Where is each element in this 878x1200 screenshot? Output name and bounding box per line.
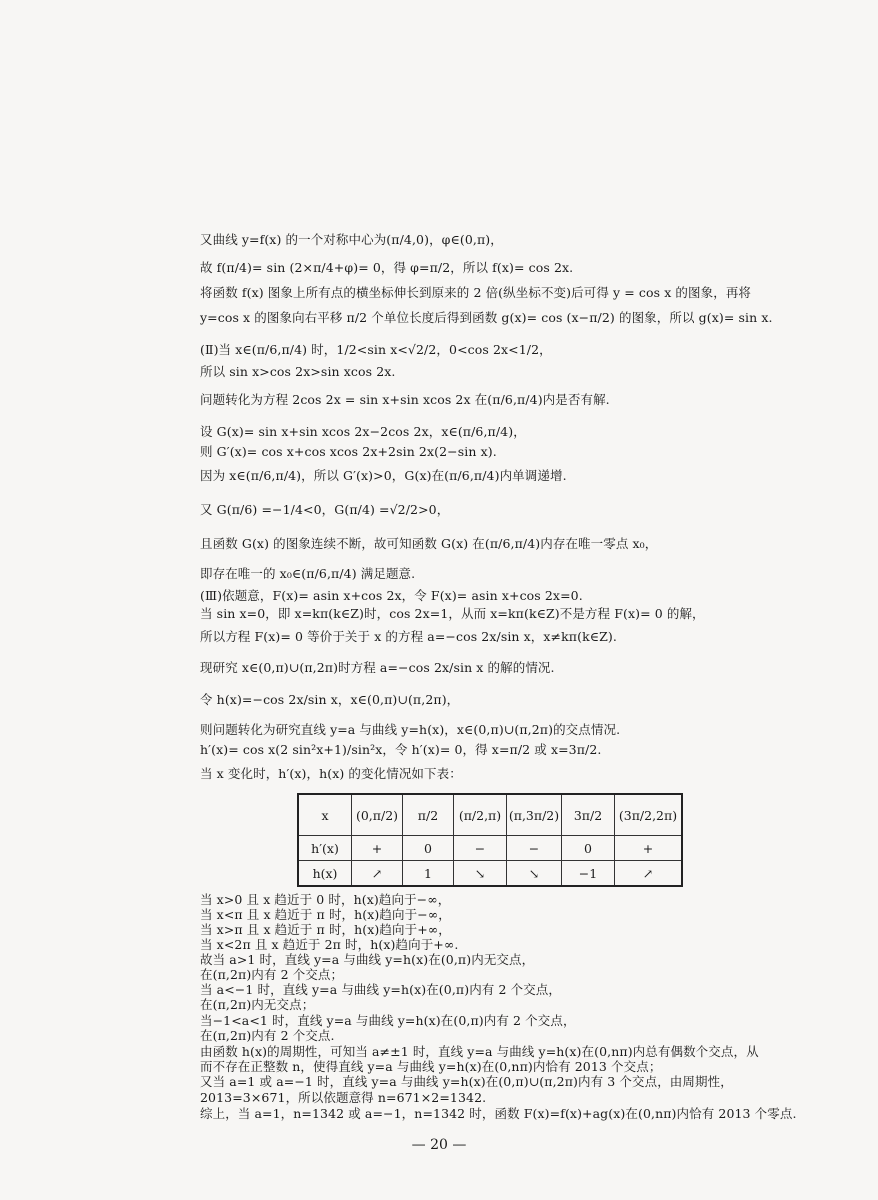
table-cell: π/2 [403, 794, 454, 836]
text-line: 故 f(π/4)= sin (2×π/4+φ)= 0，得 φ=π/2，所以 f(… [200, 260, 573, 276]
text-line: 又当 a=1 或 a=−1 时，直线 y=a 与曲线 y=h(x)在(0,π)∪… [200, 1074, 733, 1090]
text-line: 设 G(x)= sin x+sin xcos 2x−2cos 2x，x∈(π/6… [200, 424, 526, 440]
text-line: 因为 x∈(π/6,π/4)，所以 G′(x)>0，G(x)在(π/6,π/4)… [200, 468, 567, 484]
table-cell: 1 [403, 861, 454, 887]
text-line: 问题转化为方程 2cos 2x = sin x+sin xcos 2x 在(π/… [200, 392, 610, 408]
text-line: 则问题转化为研究直线 y=a 与曲线 y=h(x)，x∈(0,π)∪(π,2π)… [200, 722, 620, 738]
text-line: 在(π,2π)内有 2 个交点； [200, 967, 343, 983]
text-line: y=cos x 的图象向右平移 π/2 个单位长度后得到函数 g(x)= cos… [200, 310, 773, 326]
table-cell: (π/2,π) [454, 794, 507, 836]
text-line: 当 x 变化时，h′(x)，h(x) 的变化情况如下表： [200, 766, 462, 782]
table-cell: h′(x) [298, 836, 352, 861]
table-cell: h(x) [298, 861, 352, 887]
text-line: 即存在唯一的 x₀∈(π/6,π/4) 满足题意. [200, 566, 415, 582]
table-cell: 0 [562, 836, 615, 861]
variation-table: x (0,π/2) π/2 (π/2,π) (π,3π/2) 3π/2 (3π/… [297, 793, 683, 887]
table-cell: ↘ [507, 861, 562, 887]
document-page: 又曲线 y=f(x) 的一个对称中心为(π/4,0)，φ∈(0,π)，故 f(π… [0, 0, 878, 1200]
text-line: 现研究 x∈(0,π)∪(π,2π)时方程 a=−cos 2x/sin x 的解… [200, 660, 555, 676]
text-line: 在(π,2π)内无交点； [200, 997, 314, 1013]
text-line: 当 sin x=0，即 x=kπ(k∈Z)时，cos 2x=1，从而 x=kπ(… [200, 606, 705, 622]
table-row: h(x) ↗ 1 ↘ ↘ −1 ↗ [298, 861, 682, 887]
table-cell: − [507, 836, 562, 861]
text-line: 所以 sin x>cos 2x>sin xcos 2x. [200, 364, 396, 380]
table-cell: + [352, 836, 403, 861]
table-header-row: x (0,π/2) π/2 (π/2,π) (π,3π/2) 3π/2 (3π/… [298, 794, 682, 836]
table-cell: ↗ [615, 861, 683, 887]
table-cell: 0 [403, 836, 454, 861]
table-row: h′(x) + 0 − − 0 + [298, 836, 682, 861]
text-line: (Ⅲ)依题意，F(x)= asin x+cos 2x，令 F(x)= asin … [200, 588, 583, 604]
text-line: 又曲线 y=f(x) 的一个对称中心为(π/4,0)，φ∈(0,π)， [200, 232, 503, 248]
text-line: 当 x>π 且 x 趋近于 π 时，h(x)趋向于+∞， [200, 922, 451, 938]
table-cell: (π,3π/2) [507, 794, 562, 836]
table-cell: 3π/2 [562, 794, 615, 836]
table-cell: ↘ [454, 861, 507, 887]
table-cell: ↗ [352, 861, 403, 887]
text-line: 故当 a>1 时，直线 y=a 与曲线 y=h(x)在(0,π)内无交点， [200, 952, 534, 968]
text-line: 当 a<−1 时，直线 y=a 与曲线 y=h(x)在(0,π)内有 2 个交点… [200, 982, 561, 998]
text-line: 则 G′(x)= cos x+cos xcos 2x+2sin 2x(2−sin… [200, 444, 497, 460]
text-line: 由函数 h(x)的周期性，可知当 a≠±1 时，直线 y=a 与曲线 y=h(x… [200, 1044, 759, 1060]
text-line: 当−1<a<1 时，直线 y=a 与曲线 y=h(x)在(0,π)内有 2 个交… [200, 1013, 576, 1029]
text-line: 将函数 f(x) 图象上所有点的横坐标伸长到原来的 2 倍(纵坐标不变)后可得 … [200, 285, 751, 301]
table-cell: (3π/2,2π) [615, 794, 683, 836]
text-line: 当 x>0 且 x 趋近于 0 时，h(x)趋向于−∞， [200, 892, 450, 908]
table-cell: −1 [562, 861, 615, 887]
text-line: (Ⅱ)当 x∈(π/6,π/4) 时，1/2<sin x<√2/2，0<cos … [200, 342, 552, 358]
table-cell: + [615, 836, 683, 861]
text-line: 而不存在正整数 n，使得直线 y=a 与曲线 y=h(x)在(0,nπ)内恰有 … [200, 1059, 661, 1075]
text-line: 所以方程 F(x)= 0 等价于关于 x 的方程 a=−cos 2x/sin x… [200, 629, 617, 645]
table-cell: x [298, 794, 352, 836]
text-line: 且函数 G(x) 的图象连续不断，故可知函数 G(x) 在(π/6,π/4)内存… [200, 536, 657, 552]
text-line: 综上，当 a=1，n=1342 或 a=−1，n=1342 时，函数 F(x)=… [200, 1106, 797, 1122]
text-line: 当 x<2π 且 x 趋近于 2π 时，h(x)趋向于+∞. [200, 937, 458, 953]
text-line: 2013=3×671，所以依题意得 n=671×2=1342. [200, 1090, 486, 1106]
text-line: 当 x<π 且 x 趋近于 π 时，h(x)趋向于−∞， [200, 907, 451, 923]
text-line: h′(x)= cos x(2 sin²x+1)/sin²x，令 h′(x)= 0… [200, 742, 602, 758]
text-line: 又 G(π/6) =−1/4<0，G(π/4) =√2/2>0， [200, 502, 449, 518]
text-line: 令 h(x)=−cos 2x/sin x，x∈(0,π)∪(π,2π)， [200, 692, 459, 708]
table-cell: (0,π/2) [352, 794, 403, 836]
text-line: 在(π,2π)内有 2 个交点. [200, 1028, 335, 1044]
table-cell: − [454, 836, 507, 861]
page-number: — 20 — [0, 1137, 878, 1153]
